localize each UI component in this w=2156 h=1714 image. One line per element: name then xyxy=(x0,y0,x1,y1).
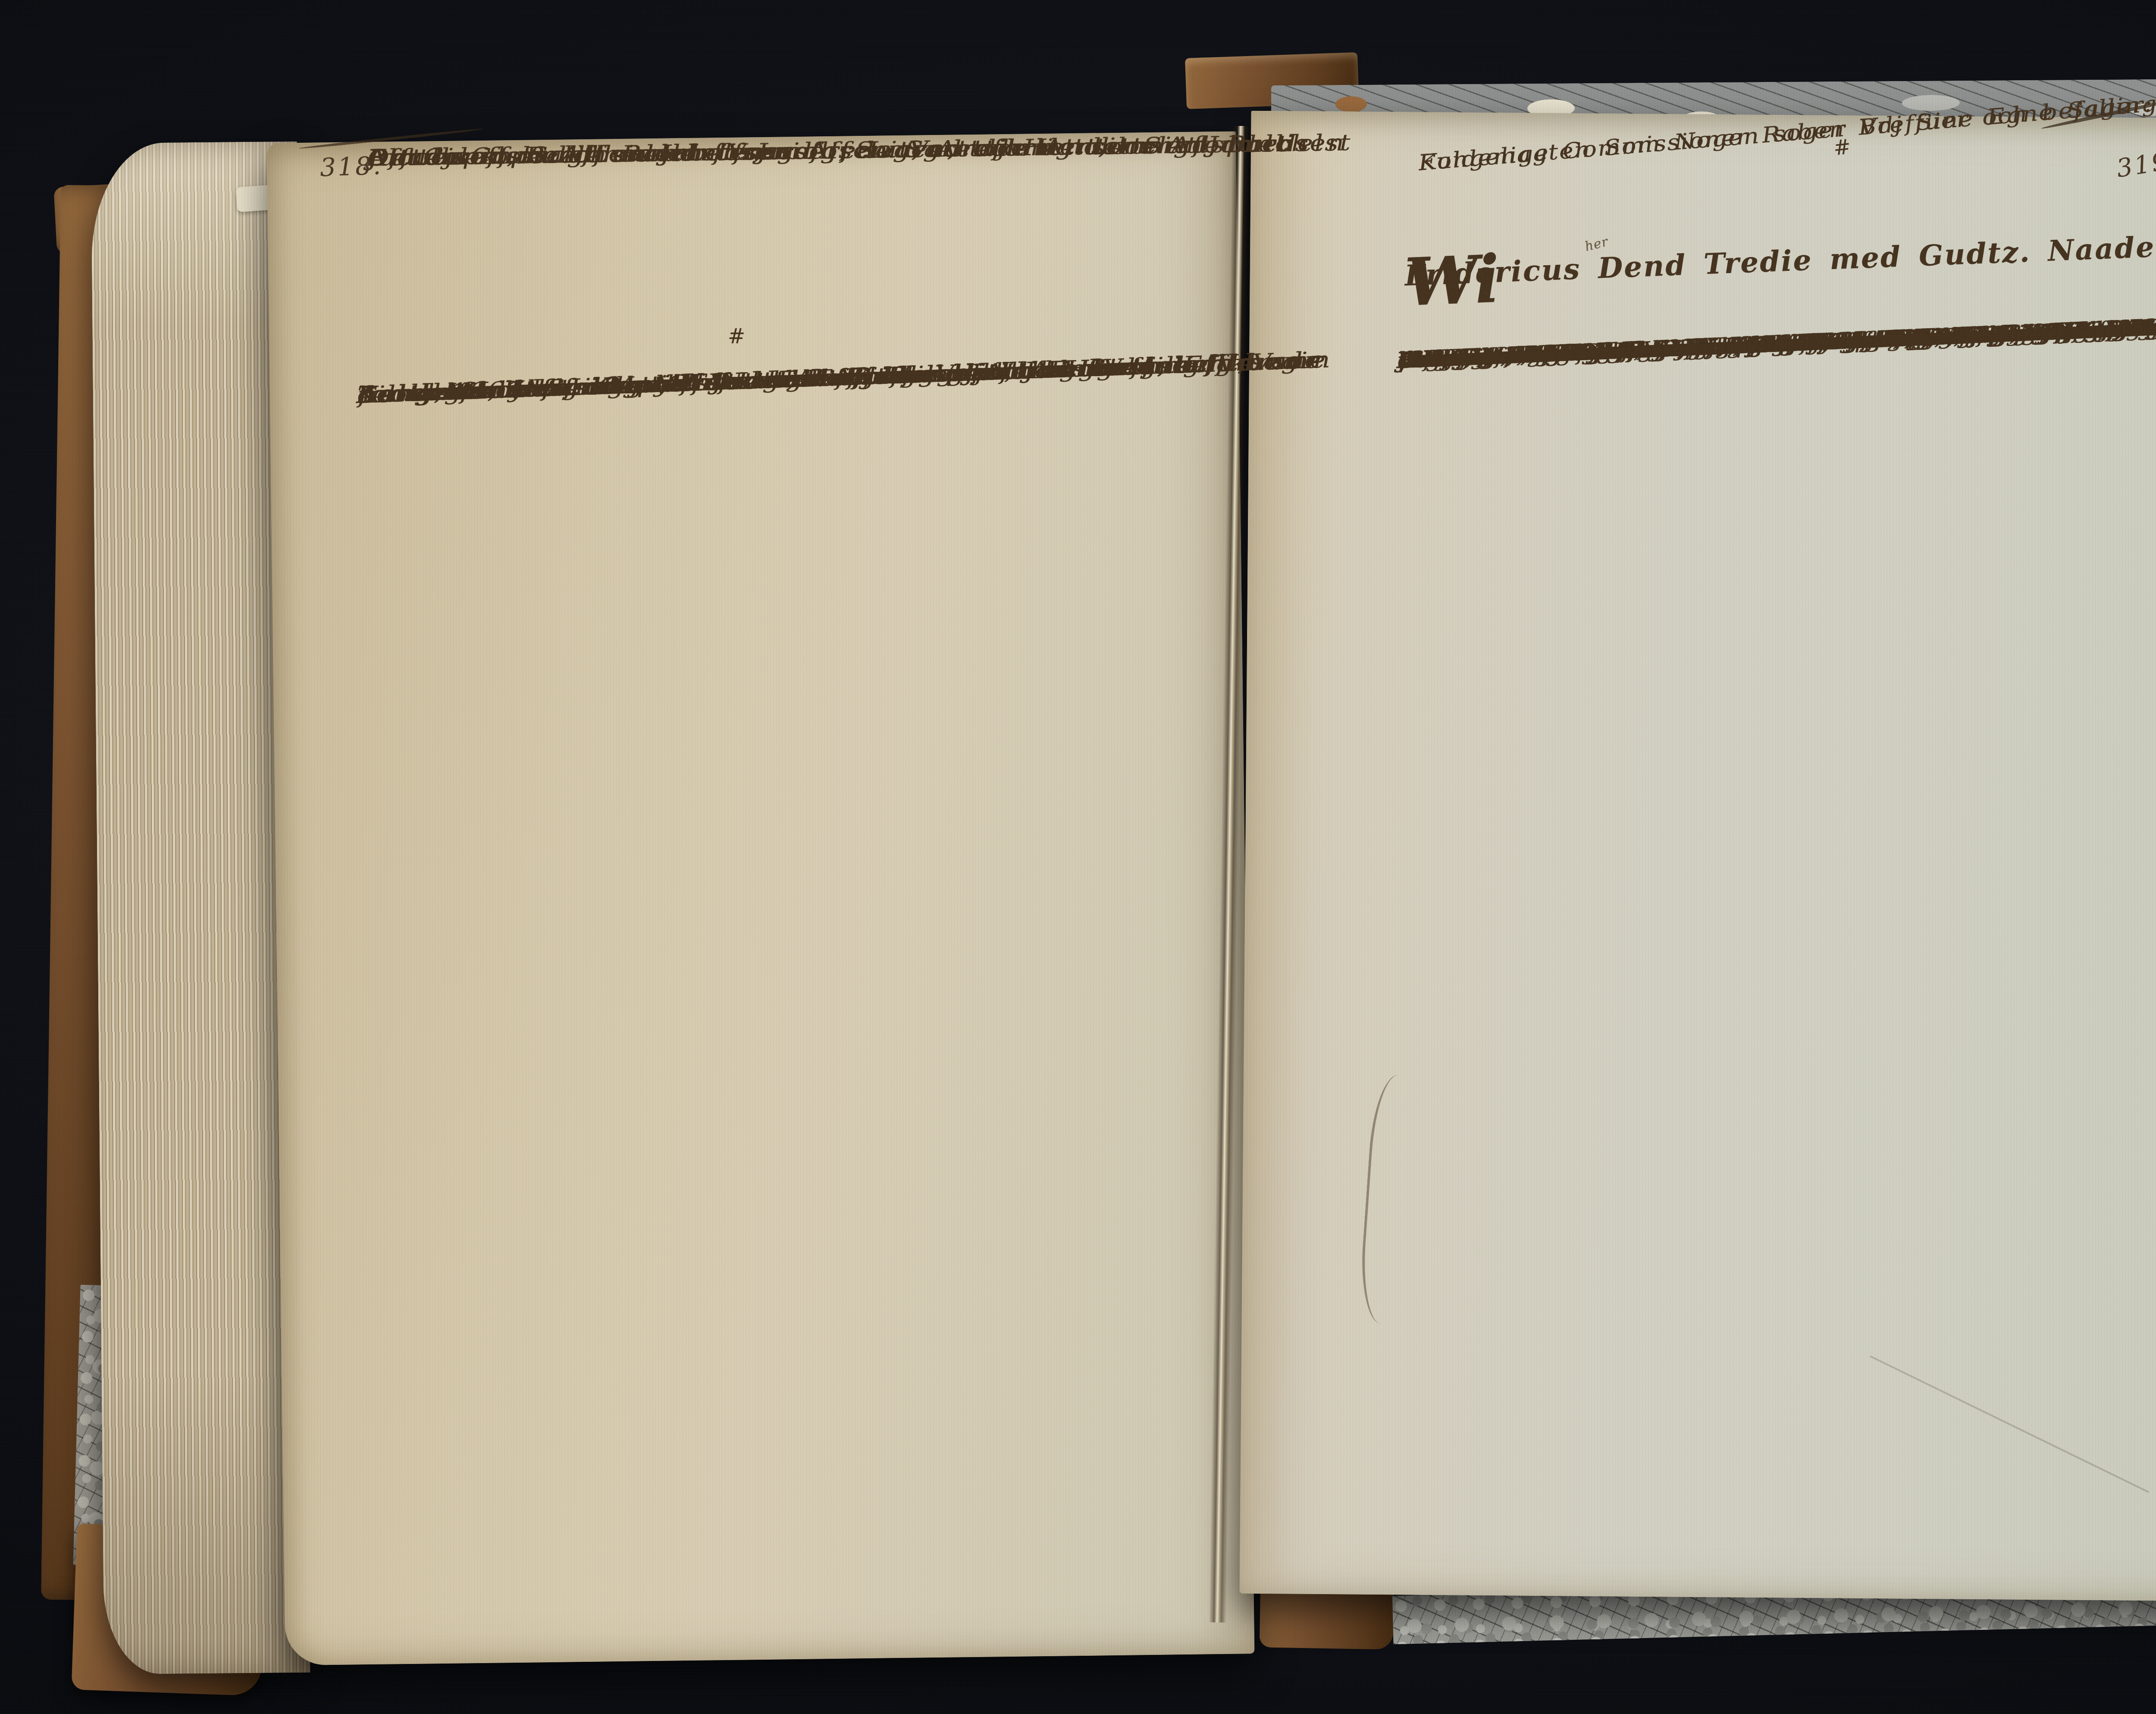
section-mark-left: # xyxy=(728,324,745,348)
archival-photo-backdrop: 318. Daa bleff Balchen Jacobsen Aff Laug… xyxy=(0,0,2156,1714)
